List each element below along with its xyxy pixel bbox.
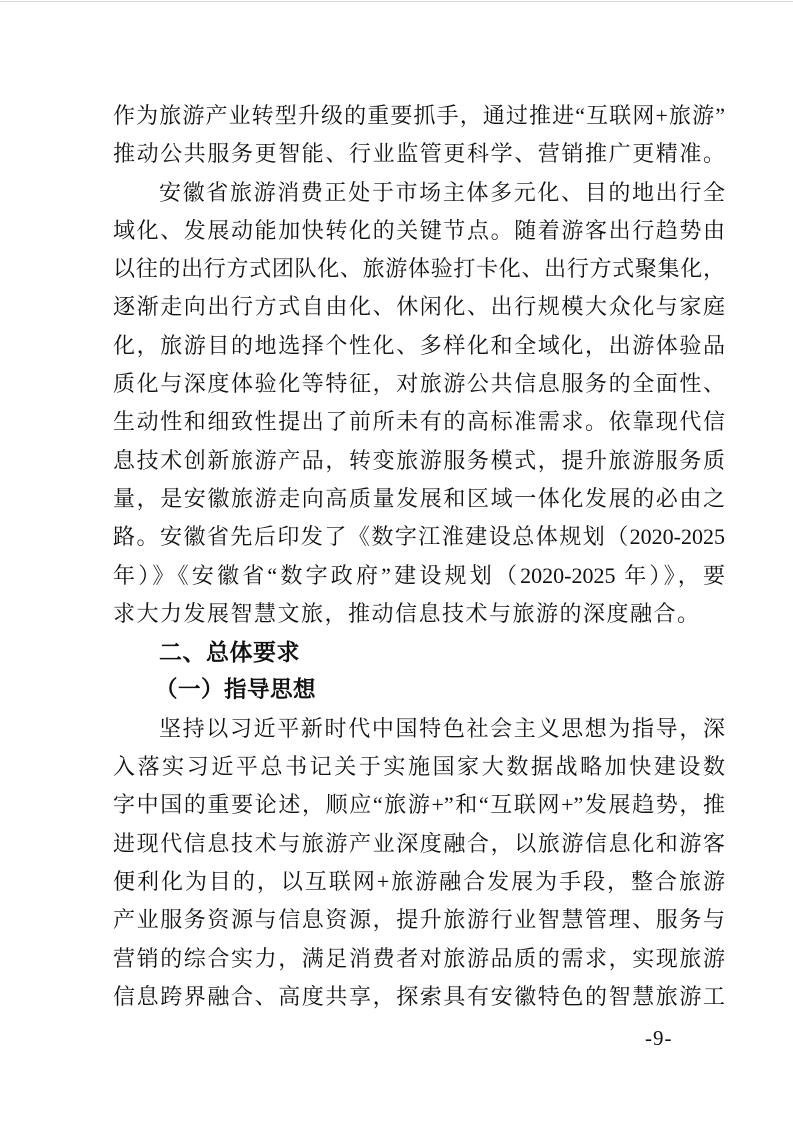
text-line: 进现代信息技术与旅游产业深度融合，以旅游信息化和游客 bbox=[113, 825, 725, 863]
text-line: 路。安徽省先后印发了《数字江淮建设总体规划（2020-2025 bbox=[113, 518, 725, 556]
subsection-heading: （一）指导思想 bbox=[113, 671, 725, 709]
page-number: -9- bbox=[645, 1026, 673, 1051]
text-line: 逐渐走向出行方式自由化、休闲化、出行规模大众化与家庭 bbox=[113, 288, 725, 326]
text-line: 以往的出行方式团队化、旅游体验打卡化、出行方式聚集化， bbox=[113, 250, 725, 288]
text-line: 推动公共服务更智能、行业监管更科学、营销推广更精准。 bbox=[113, 135, 725, 173]
text-line: 安徽省旅游消费正处于市场主体多元化、目的地出行全 bbox=[113, 174, 725, 212]
document-page: 作为旅游产业转型升级的重要抓手，通过推进“互联网+旅游” 推动公共服务更智能、行… bbox=[113, 97, 725, 1016]
text-line: 求大力发展智慧文旅，推动信息技术与旅游的深度融合。 bbox=[113, 595, 725, 633]
text-line: 便利化为目的，以互联网+旅游融合发展为手段，整合旅游 bbox=[113, 863, 725, 901]
text-line: 入落实习近平总书记关于实施国家大数据战略加快建设数 bbox=[113, 748, 725, 786]
text-line: 坚持以习近平新时代中国特色社会主义思想为指导，深 bbox=[113, 710, 725, 748]
text-line: 息技术创新旅游产品，转变旅游服务模式，提升旅游服务质 bbox=[113, 442, 725, 480]
page-top-edge bbox=[0, 1, 793, 2]
text-line: 字中国的重要论述，顺应“旅游+”和“互联网+”发展趋势，推 bbox=[113, 786, 725, 824]
section-heading: 二、总体要求 bbox=[113, 633, 725, 671]
text-line: 生动性和细致性提出了前所未有的高标准需求。依靠现代信 bbox=[113, 403, 725, 441]
text-line: 作为旅游产业转型升级的重要抓手，通过推进“互联网+旅游” bbox=[113, 97, 725, 135]
text-line: 信息跨界融合、高度共享，探索具有安徽特色的智慧旅游工 bbox=[113, 978, 725, 1016]
text-line: 产业服务资源与信息资源，提升旅游行业智慧管理、服务与 bbox=[113, 901, 725, 939]
text-line: 质化与深度体验化等特征，对旅游公共信息服务的全面性、 bbox=[113, 365, 725, 403]
text-line: 域化、发展动能加快转化的关键节点。随着游客出行趋势由 bbox=[113, 212, 725, 250]
text-line: 营销的综合实力，满足消费者对旅游品质的需求，实现旅游 bbox=[113, 940, 725, 978]
text-line: 量，是安徽旅游走向高质量发展和区域一体化发展的必由之 bbox=[113, 480, 725, 518]
text-line: 年）》《安徽省“数字政府”建设规划（2020-2025 年）》，要 bbox=[113, 557, 725, 595]
text-line: 化，旅游目的地选择个性化、多样化和全域化，出游体验品 bbox=[113, 327, 725, 365]
